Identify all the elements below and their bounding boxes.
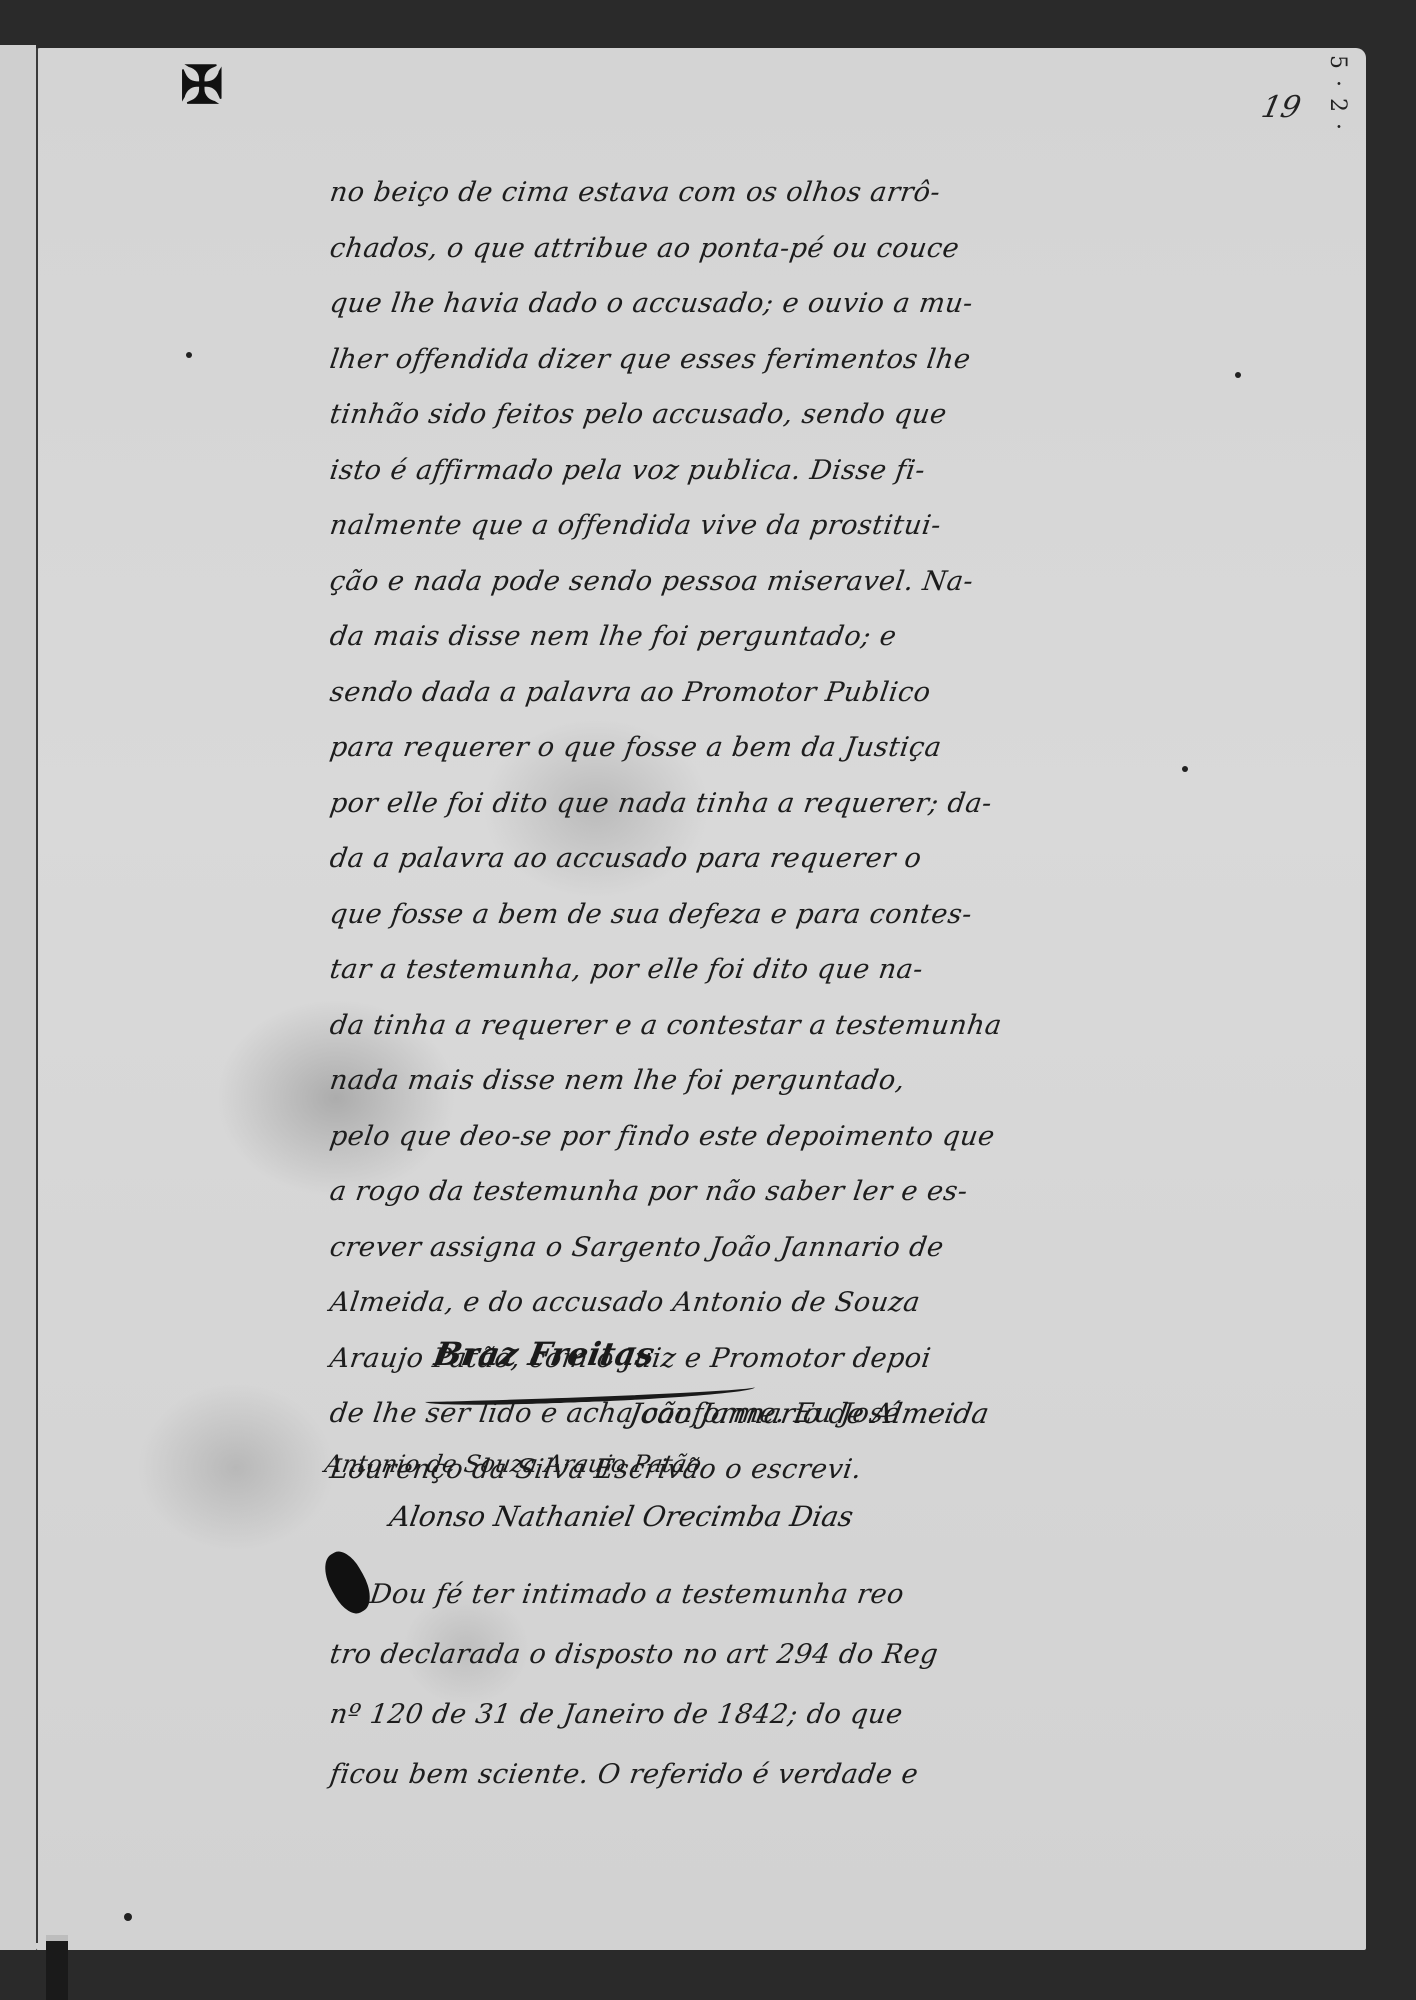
ink-dot — [186, 352, 192, 358]
signature-promoter: Alonso Nathaniel Orecimba Dias — [387, 1500, 856, 1533]
closing-line: tro declarada o disposto no art 294 do R… — [326, 1625, 1194, 1685]
adjacent-page-edge — [0, 45, 36, 1950]
body-line: da a palavra ao accusado para requerer o — [326, 831, 1194, 887]
body-line: da mais disse nem lhe foi perguntado; e — [326, 609, 1194, 665]
signature-judge: Braz Freitas — [432, 1335, 658, 1373]
body-line: isto é affirmado pela voz publica. Disse… — [326, 443, 1194, 499]
body-line: tinhão sido feitos pelo accusado, sendo … — [326, 387, 1194, 443]
body-line: nalmente que a offendida vive da prostit… — [326, 498, 1194, 554]
body-line: por elle foi dito que nada tinha a reque… — [326, 776, 1194, 832]
closing-line: Dou fé ter intimado a testemunha reo — [326, 1565, 1194, 1625]
margin-marks: 5 · 2 · — [1325, 55, 1350, 132]
body-line: pelo que deo-se por findo este depoiment… — [326, 1109, 1194, 1165]
ink-dot — [1235, 372, 1241, 378]
body-line: lher offendida dizer que esses ferimento… — [326, 332, 1194, 388]
binding-line — [36, 48, 38, 1943]
body-line: que fosse a bem de sua defeza e para con… — [326, 887, 1194, 943]
body-line: no beiço de cima estava com os olhos arr… — [326, 165, 1194, 221]
body-line: Almeida, e do accusado Antonio de Souza — [326, 1275, 1194, 1331]
binding-stub — [46, 1935, 68, 2000]
signature-accused: Antonio de Souza Araujo Patão — [323, 1450, 704, 1478]
closing-line: nº 120 de 31 de Janeiro de 1842; do que — [326, 1685, 1194, 1745]
body-line: para requerer o que fosse a bem da Justi… — [326, 720, 1194, 776]
signature-witness-proxy: João Jannario de Almeida — [627, 1397, 991, 1430]
certification-block: Dou fé ter intimado a testemunha reo tro… — [330, 1565, 1190, 1805]
body-line: tar a testemunha, por elle foi dito que … — [326, 942, 1194, 998]
body-line: ção e nada pode sendo pessoa miseravel. … — [326, 554, 1194, 610]
body-line: a rogo da testemunha por não saber ler e… — [326, 1164, 1194, 1220]
body-line: sendo dada a palavra ao Promotor Publico — [326, 665, 1194, 721]
body-line: nada mais disse nem lhe foi perguntado, — [326, 1053, 1194, 1109]
ink-blot-icon: ✠ — [180, 60, 240, 115]
body-line: chados, o que attribue ao ponta-pé ou co… — [326, 221, 1194, 277]
ink-dot — [124, 1913, 132, 1921]
testimony-body: no beiço de cima estava com os olhos arr… — [330, 165, 1190, 1497]
body-line: crever assigna o Sargento João Jannario … — [326, 1220, 1194, 1276]
body-line: que lhe havia dado o accusado; e ouvio a… — [326, 276, 1194, 332]
folio-number: 19 — [1258, 90, 1304, 125]
closing-line: ficou bem sciente. O referido é verdade … — [326, 1745, 1194, 1805]
body-line: da tinha a requerer e a contestar a test… — [326, 998, 1194, 1054]
